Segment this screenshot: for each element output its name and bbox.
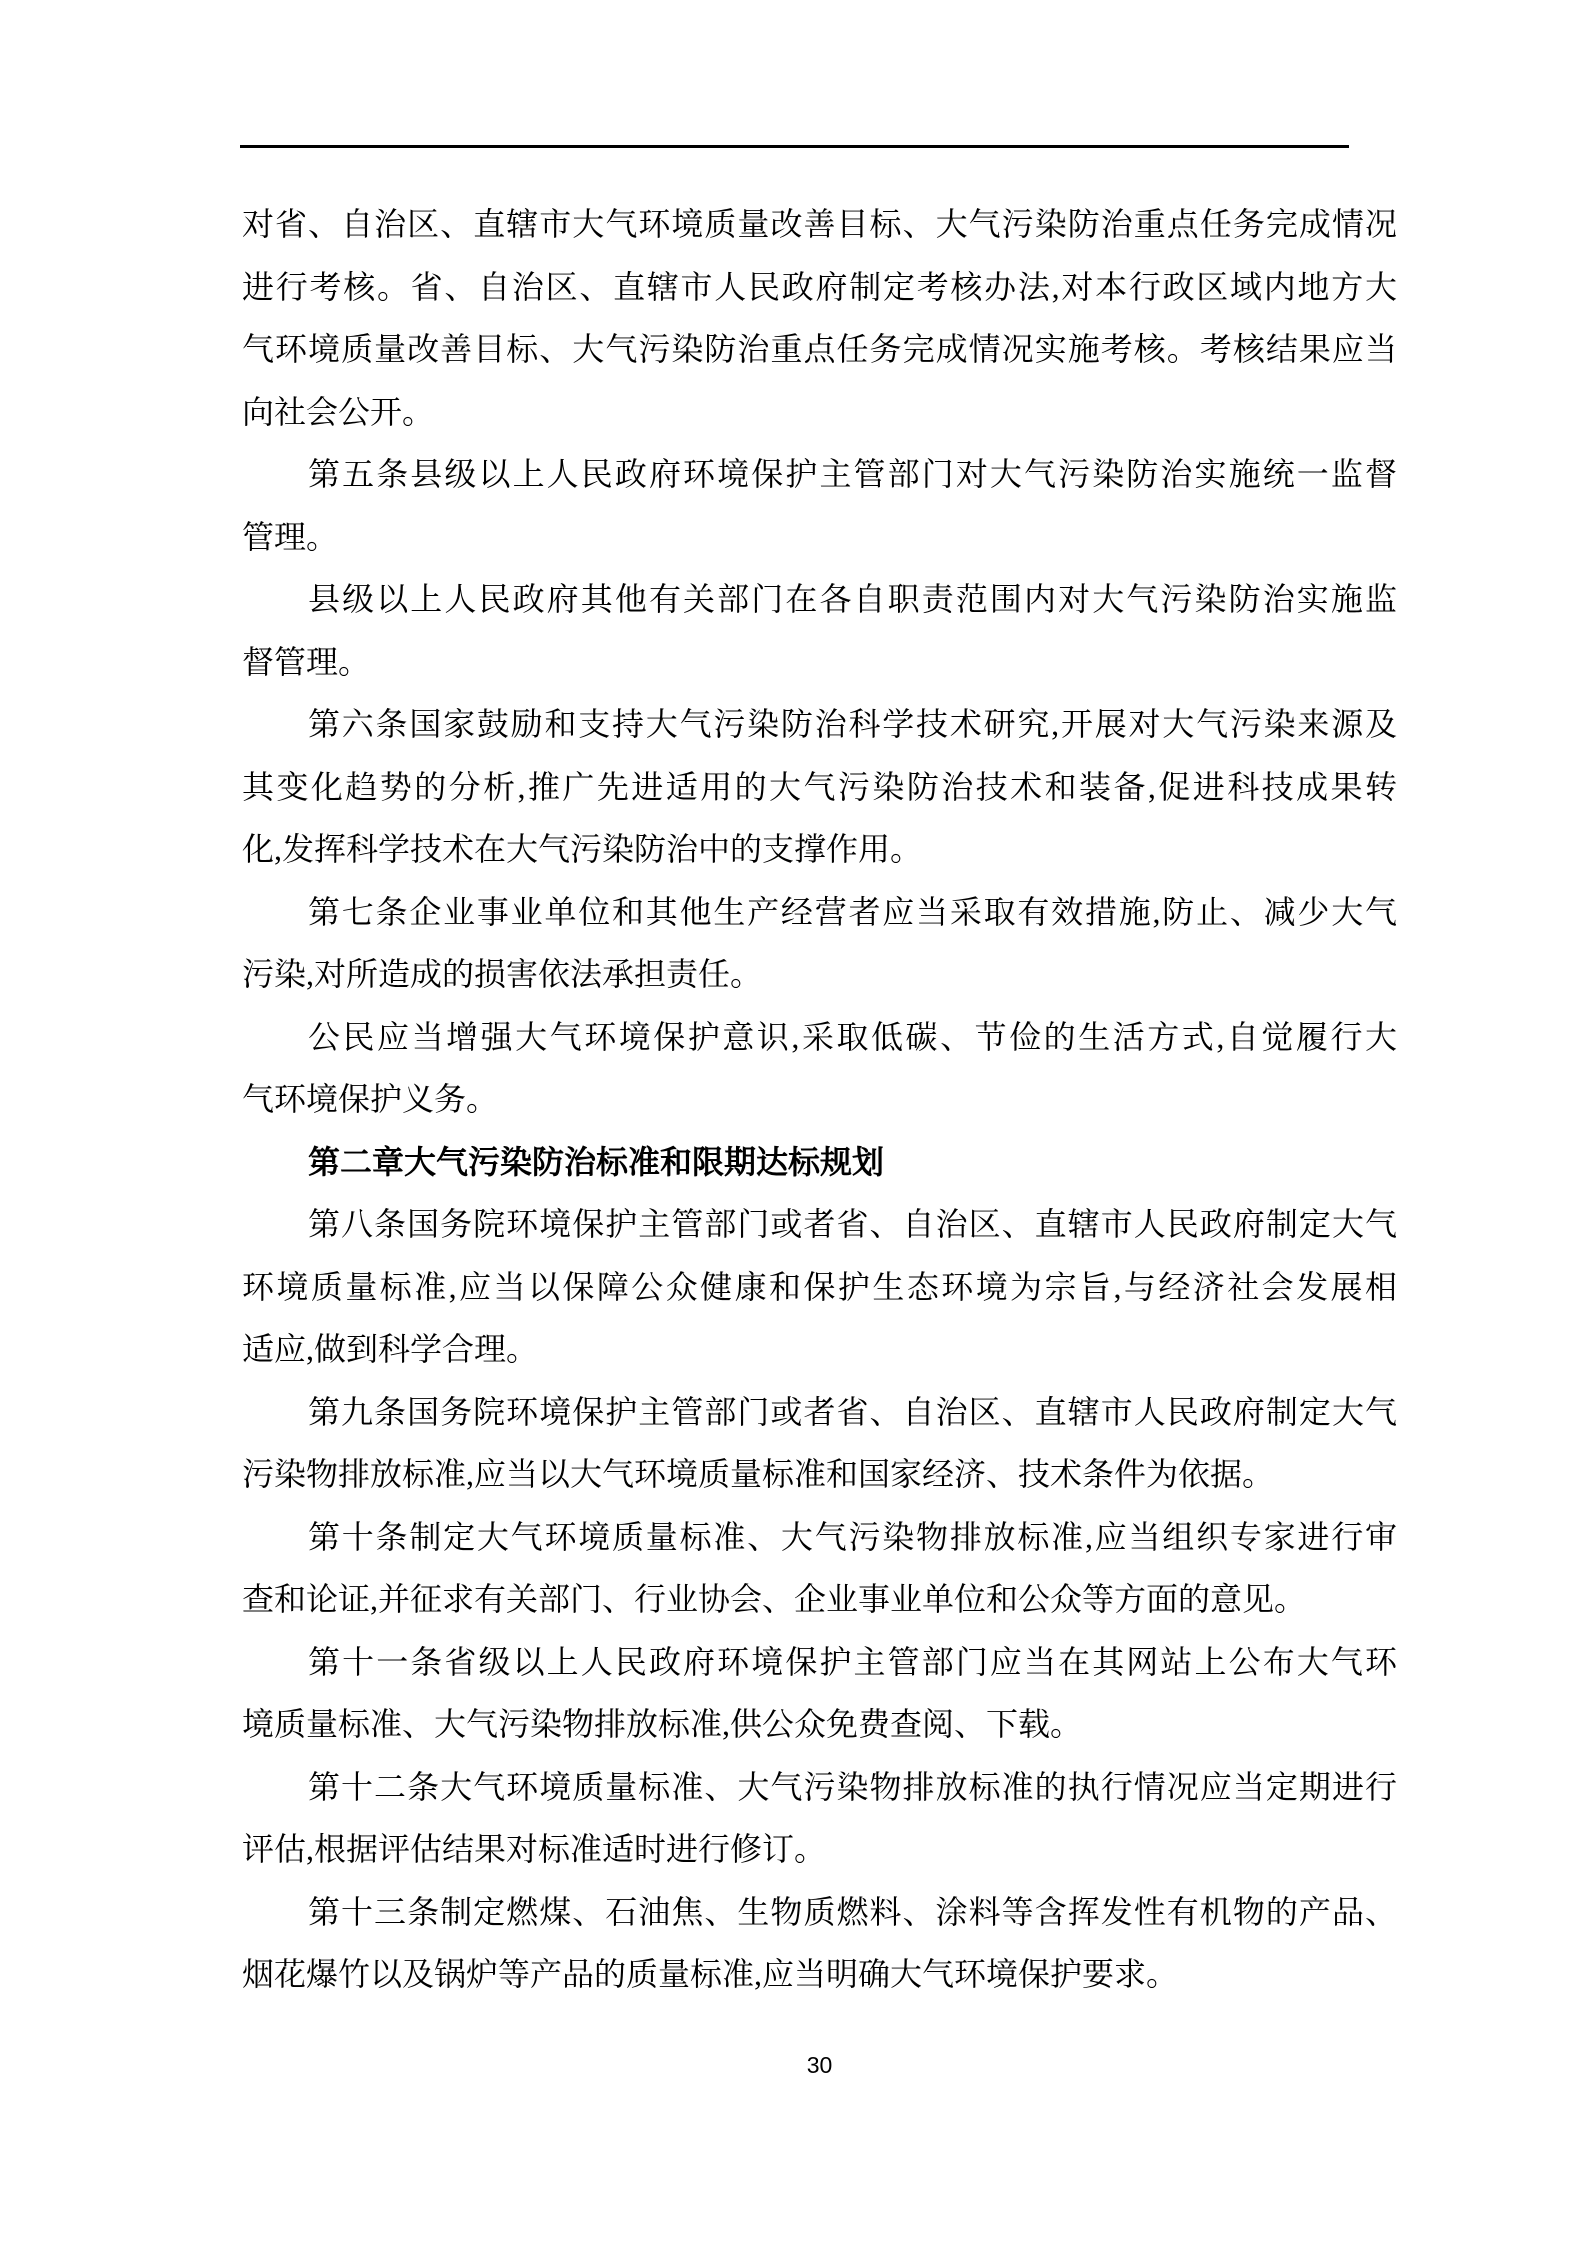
text-line: 污染,对所造成的损害依法承担责任。 [242, 943, 1397, 1006]
text-line: 管理。 [242, 506, 1397, 569]
text-line: 第十二条大气环境质量标准、大气污染物排放标准的执行情况应当定期进行 [242, 1756, 1397, 1819]
text-line: 第六条国家鼓励和支持大气污染防治科学技术研究,开展对大气污染来源及 [242, 693, 1397, 756]
text-line: 其变化趋势的分析,推广先进适用的大气污染防治技术和装备,促进科技成果转 [242, 756, 1397, 819]
text-line: 气环境保护义务。 [242, 1068, 1397, 1131]
text-line: 第八条国务院环境保护主管部门或者省、自治区、直辖市人民政府制定大气 [242, 1193, 1397, 1256]
text-line: 查和论证,并征求有关部门、行业协会、企业事业单位和公众等方面的意见。 [242, 1568, 1397, 1631]
text-line: 评估,根据评估结果对标准适时进行修订。 [242, 1818, 1397, 1881]
text-line: 境质量标准、大气污染物排放标准,供公众免费查阅、下载。 [242, 1693, 1397, 1756]
document-body: 对省、自治区、直辖市大气环境质量改善目标、大气污染防治重点任务完成情况进行考核。… [242, 193, 1397, 2006]
text-line: 第五条县级以上人民政府环境保护主管部门对大气污染防治实施统一监督 [242, 443, 1397, 506]
text-line: 污染物排放标准,应当以大气环境质量标准和国家经济、技术条件为依据。 [242, 1443, 1397, 1506]
text-line: 第七条企业事业单位和其他生产经营者应当采取有效措施,防止、减少大气 [242, 881, 1397, 944]
header-rule [240, 145, 1349, 148]
text-line: 县级以上人民政府其他有关部门在各自职责范围内对大气污染防治实施监 [242, 568, 1397, 631]
text-line: 气环境质量改善目标、大气污染防治重点任务完成情况实施考核。考核结果应当 [242, 318, 1397, 381]
text-line: 第十一条省级以上人民政府环境保护主管部门应当在其网站上公布大气环 [242, 1631, 1397, 1694]
text-line: 烟花爆竹以及锅炉等产品的质量标准,应当明确大气环境保护要求。 [242, 1943, 1397, 2006]
text-line: 督管理。 [242, 631, 1397, 694]
text-line: 第十条制定大气环境质量标准、大气污染物排放标准,应当组织专家进行审 [242, 1506, 1397, 1569]
text-line: 适应,做到科学合理。 [242, 1318, 1397, 1381]
document-page: 对省、自治区、直辖市大气环境质量改善目标、大气污染防治重点任务完成情况进行考核。… [0, 0, 1587, 2245]
text-line: 向社会公开。 [242, 381, 1397, 444]
text-line: 进行考核。省、自治区、直辖市人民政府制定考核办法,对本行政区域内地方大 [242, 256, 1397, 319]
chapter-heading: 第二章大气污染防治标准和限期达标规划 [242, 1131, 1397, 1194]
text-line: 公民应当增强大气环境保护意识,采取低碳、节俭的生活方式,自觉履行大 [242, 1006, 1397, 1069]
text-line: 第九条国务院环境保护主管部门或者省、自治区、直辖市人民政府制定大气 [242, 1381, 1397, 1444]
text-line: 第十三条制定燃煤、石油焦、生物质燃料、涂料等含挥发性有机物的产品、 [242, 1881, 1397, 1944]
text-line: 化,发挥科学技术在大气污染防治中的支撑作用。 [242, 818, 1397, 881]
page-number: 30 [242, 2050, 1397, 2080]
text-line: 环境质量标准,应当以保障公众健康和保护生态环境为宗旨,与经济社会发展相 [242, 1256, 1397, 1319]
text-line: 对省、自治区、直辖市大气环境质量改善目标、大气污染防治重点任务完成情况 [242, 193, 1397, 256]
